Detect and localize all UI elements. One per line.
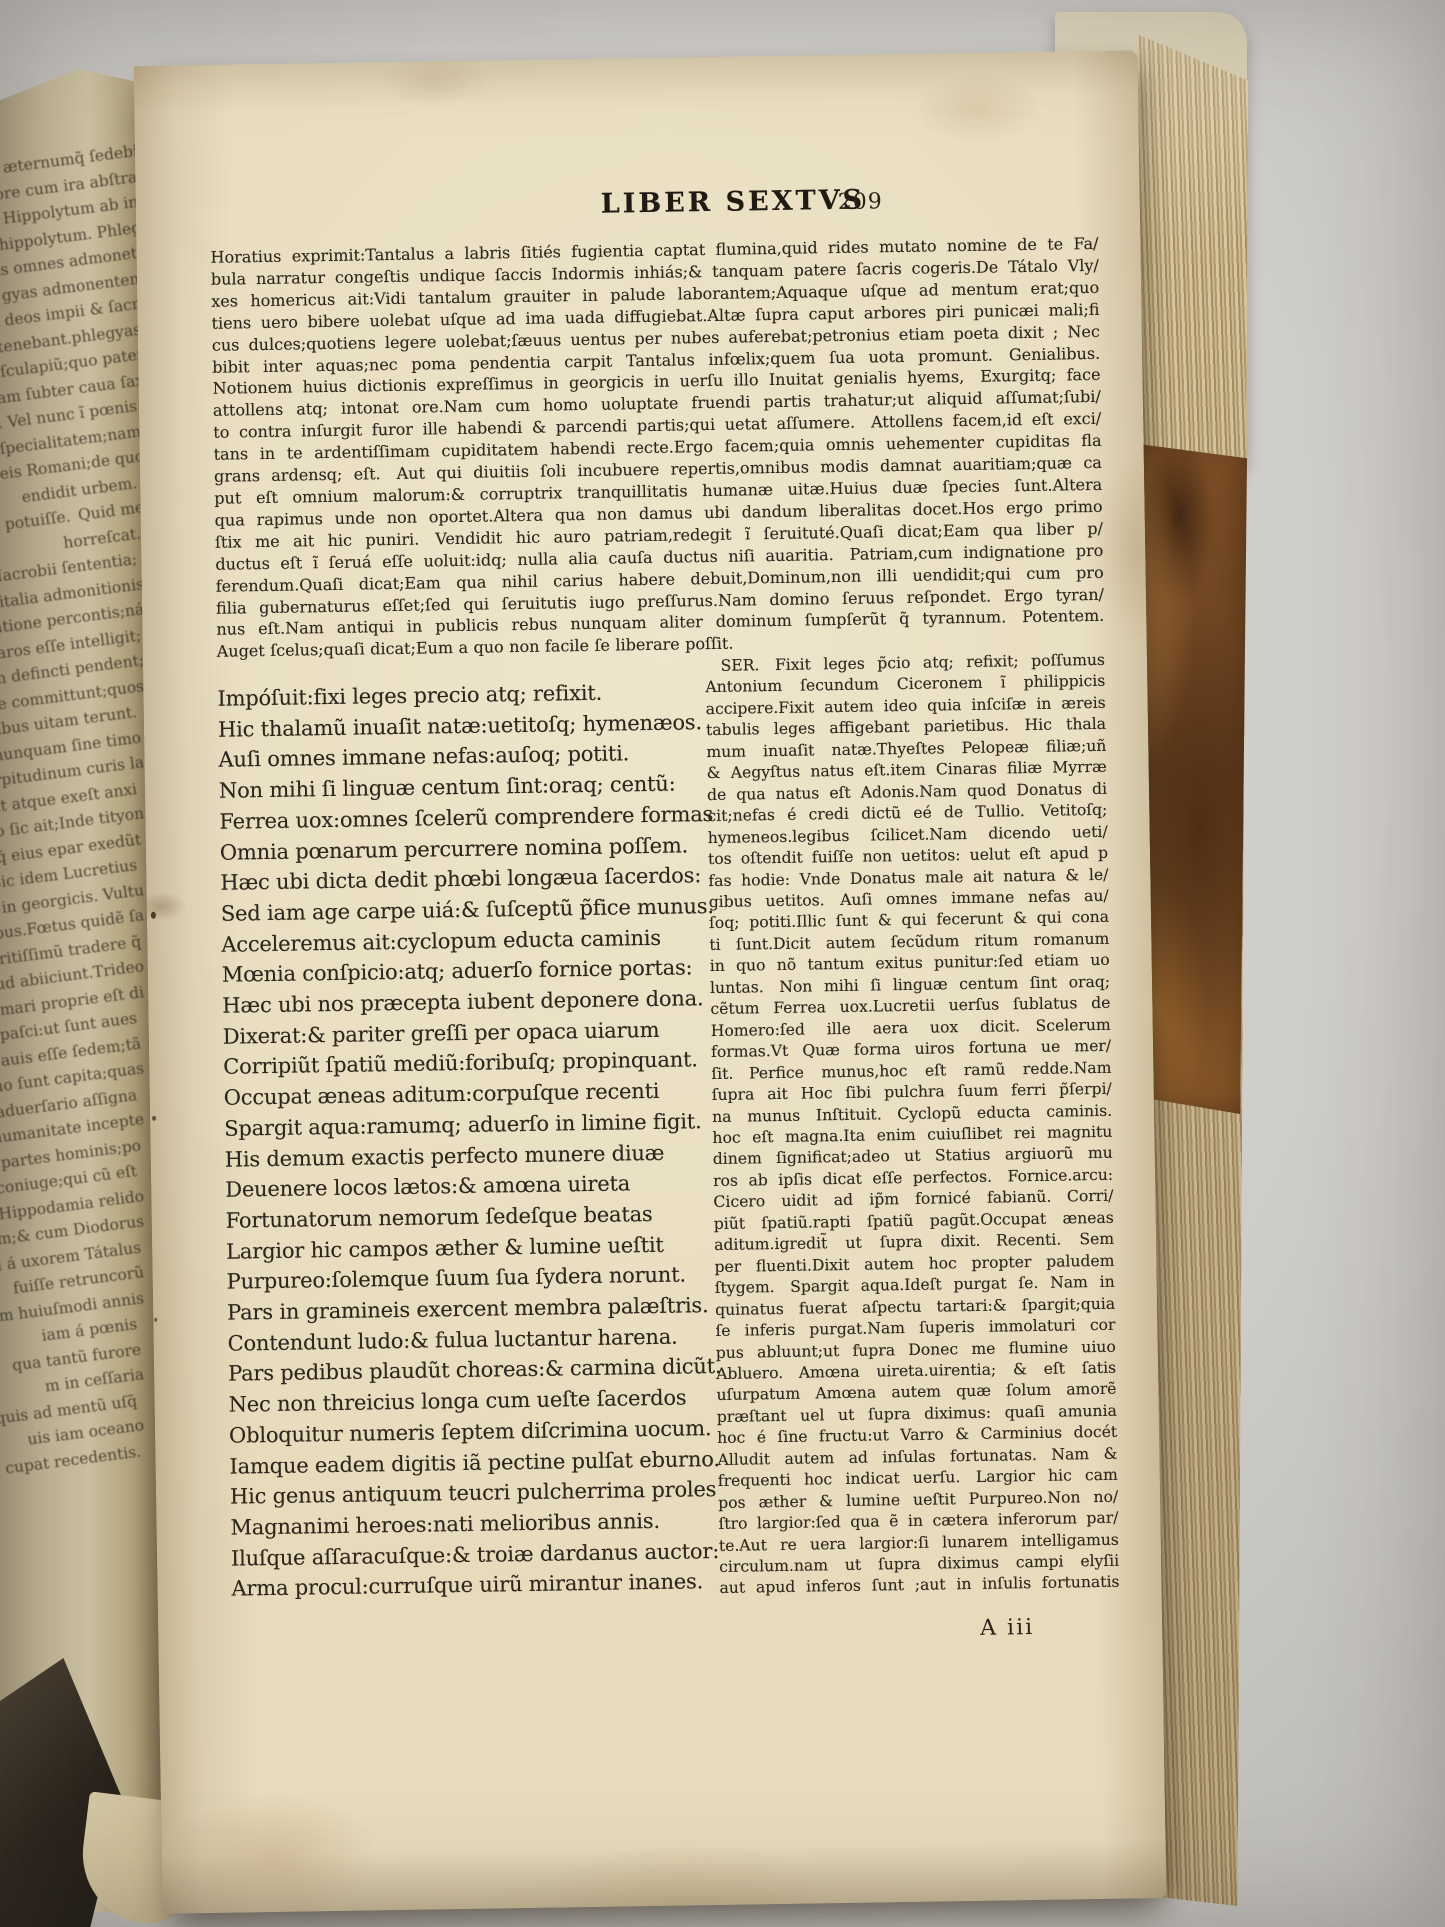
ink-speck [154, 1318, 157, 1322]
facing-page-text: æternumq̃ ſedebitpore cum ira abſtraHipp… [0, 138, 144, 1464]
running-title: LIBER SEXTVS [601, 185, 866, 220]
signature-mark: A iii [980, 1615, 1034, 1641]
verse-column: Impóſuit:fixi leges precio atq; refixit.… [217, 675, 771, 1604]
ink-speck [152, 1116, 156, 1121]
page-number: 209 [838, 189, 883, 215]
right-page: LIBER SEXTVS 209 Horatius exprimit:Tanta… [134, 50, 1167, 1914]
ink-speck [854, 1345, 860, 1350]
book-photo: æternumq̃ ſedebitpore cum ira abſtraHipp… [0, 0, 1445, 1927]
commentary-column: SER. Fixit leges p̃cio atq; refixit; poſ… [705, 650, 1120, 1600]
ink-speck [151, 912, 156, 919]
intro-commentary: Horatius exprimit:Tantalus a labris ſiti… [210, 233, 1104, 663]
